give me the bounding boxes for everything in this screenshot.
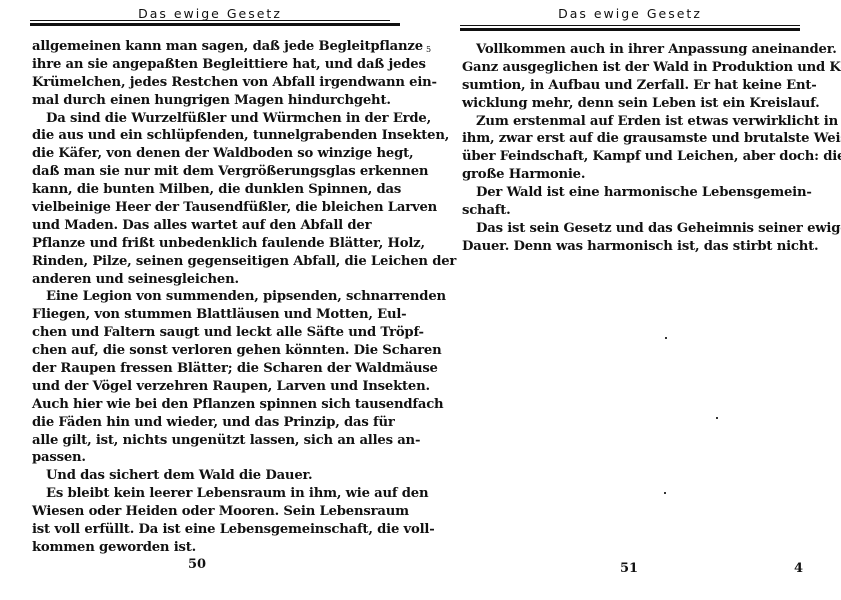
text-line: wicklung mehr, denn sein Leben ist ein K… [462,95,798,113]
text-line: Rinden, Pilze, seinen gegenseitigen Abfa… [32,253,366,271]
header-rule-thin [460,25,800,26]
text-line: und Maden. Das alles wartet auf den Abfa… [32,217,366,235]
text-line: sumtion, in Aufbau und Zerfall. Er hat k… [462,77,798,95]
text-line: Dauer. Denn was harmonisch ist, das stir… [462,238,798,256]
text-line: Es bleibt kein leerer Lebensraum in ihm,… [32,485,366,503]
text-line: alle gilt, ist, nichts ungenützt lassen,… [32,432,366,450]
text-line: Das ist sein Gesetz und das Geheimnis se… [462,220,798,238]
header-rule [460,28,800,31]
text-line: anderen und seinesgleichen. [32,271,366,289]
text-line: die Käfer, von denen der Waldboden so wi… [32,145,366,163]
text-line: Vollkommen auch in ihrer Anpassung anein… [462,41,798,59]
text-line: daß man sie nur mit dem Vergrößerungsgla… [32,163,366,181]
text-line: Auch hier wie bei den Pflanzen spinnen s… [32,396,366,414]
header-rule-thin [30,20,390,21]
text-line: Und das sichert dem Wald die Dauer. [32,467,366,485]
text-line: allgemeinen kann man sagen, daß jede Beg… [32,38,366,56]
scan-speck [664,492,666,494]
text-line: Krümelchen, jedes Restchen von Abfall ir… [32,74,366,92]
body-text: Vollkommen auch in ihrer Anpassung anein… [462,41,798,256]
header-rule [30,23,400,26]
text-line: die Fäden hin und wieder, und das Prinzi… [32,414,366,432]
running-head: Das ewige Gesetz [30,6,390,21]
text-line: über Feindschaft, Kampf und Leichen, abe… [462,148,798,166]
text-line: ihm, zwar erst auf die grausamste und br… [462,130,798,148]
page-number: 50 [188,557,206,572]
text-line: und der Vögel verzehren Raupen, Larven u… [32,378,366,396]
text-line: Zum erstenmal auf Erden ist etwas verwir… [462,113,798,131]
text-line: Ganz ausgeglichen ist der Wald in Produk… [462,59,798,77]
margin-mark: 5 [426,45,431,54]
text-line: kann, die bunten Milben, die dunklen Spi… [32,181,366,199]
text-line: ihre an sie angepaßten Begleittiere hat,… [32,56,366,74]
corner-mark: 4 [794,561,803,576]
page-number: 51 [620,561,638,576]
right-page: Das ewige Gesetz 5 Vollkommen auch in ih… [420,0,841,600]
text-line: die aus und ein schlüpfenden, tunnelgrab… [32,127,366,145]
running-head: Das ewige Gesetz [460,6,800,21]
text-line: Der Wald ist eine harmonische Lebensgeme… [462,184,798,202]
text-line: vielbeinige Heer der Tausendfüßler, die … [32,199,366,217]
text-line: Pflanze und frißt unbedenklich faulende … [32,235,366,253]
text-line: Eine Legion von summenden, pipsenden, sc… [32,288,366,306]
scan-speck [716,417,718,419]
text-line: passen. [32,449,366,467]
text-line: chen und Faltern saugt und leckt alle Sä… [32,324,366,342]
left-page: Das ewige Gesetz allgemeinen kann man sa… [0,0,420,600]
text-line: Fliegen, von stummen Blattläusen und Mot… [32,306,366,324]
text-line: kommen geworden ist. [32,539,366,557]
text-line: schaft. [462,202,798,220]
text-line: Wiesen oder Heiden oder Mooren. Sein Leb… [32,503,366,521]
text-line: ist voll erfüllt. Da ist eine Lebensgeme… [32,521,366,539]
body-text: allgemeinen kann man sagen, daß jede Beg… [32,38,366,557]
text-line: große Harmonie. [462,166,798,184]
scan-speck [665,337,667,339]
text-line: mal durch einen hungrigen Magen hindurch… [32,92,366,110]
text-line: der Raupen fressen Blätter; die Scharen … [32,360,366,378]
text-line: chen auf, die sonst verloren gehen könnt… [32,342,366,360]
text-line: Da sind die Wurzelfüßler und Würmchen in… [32,110,366,128]
